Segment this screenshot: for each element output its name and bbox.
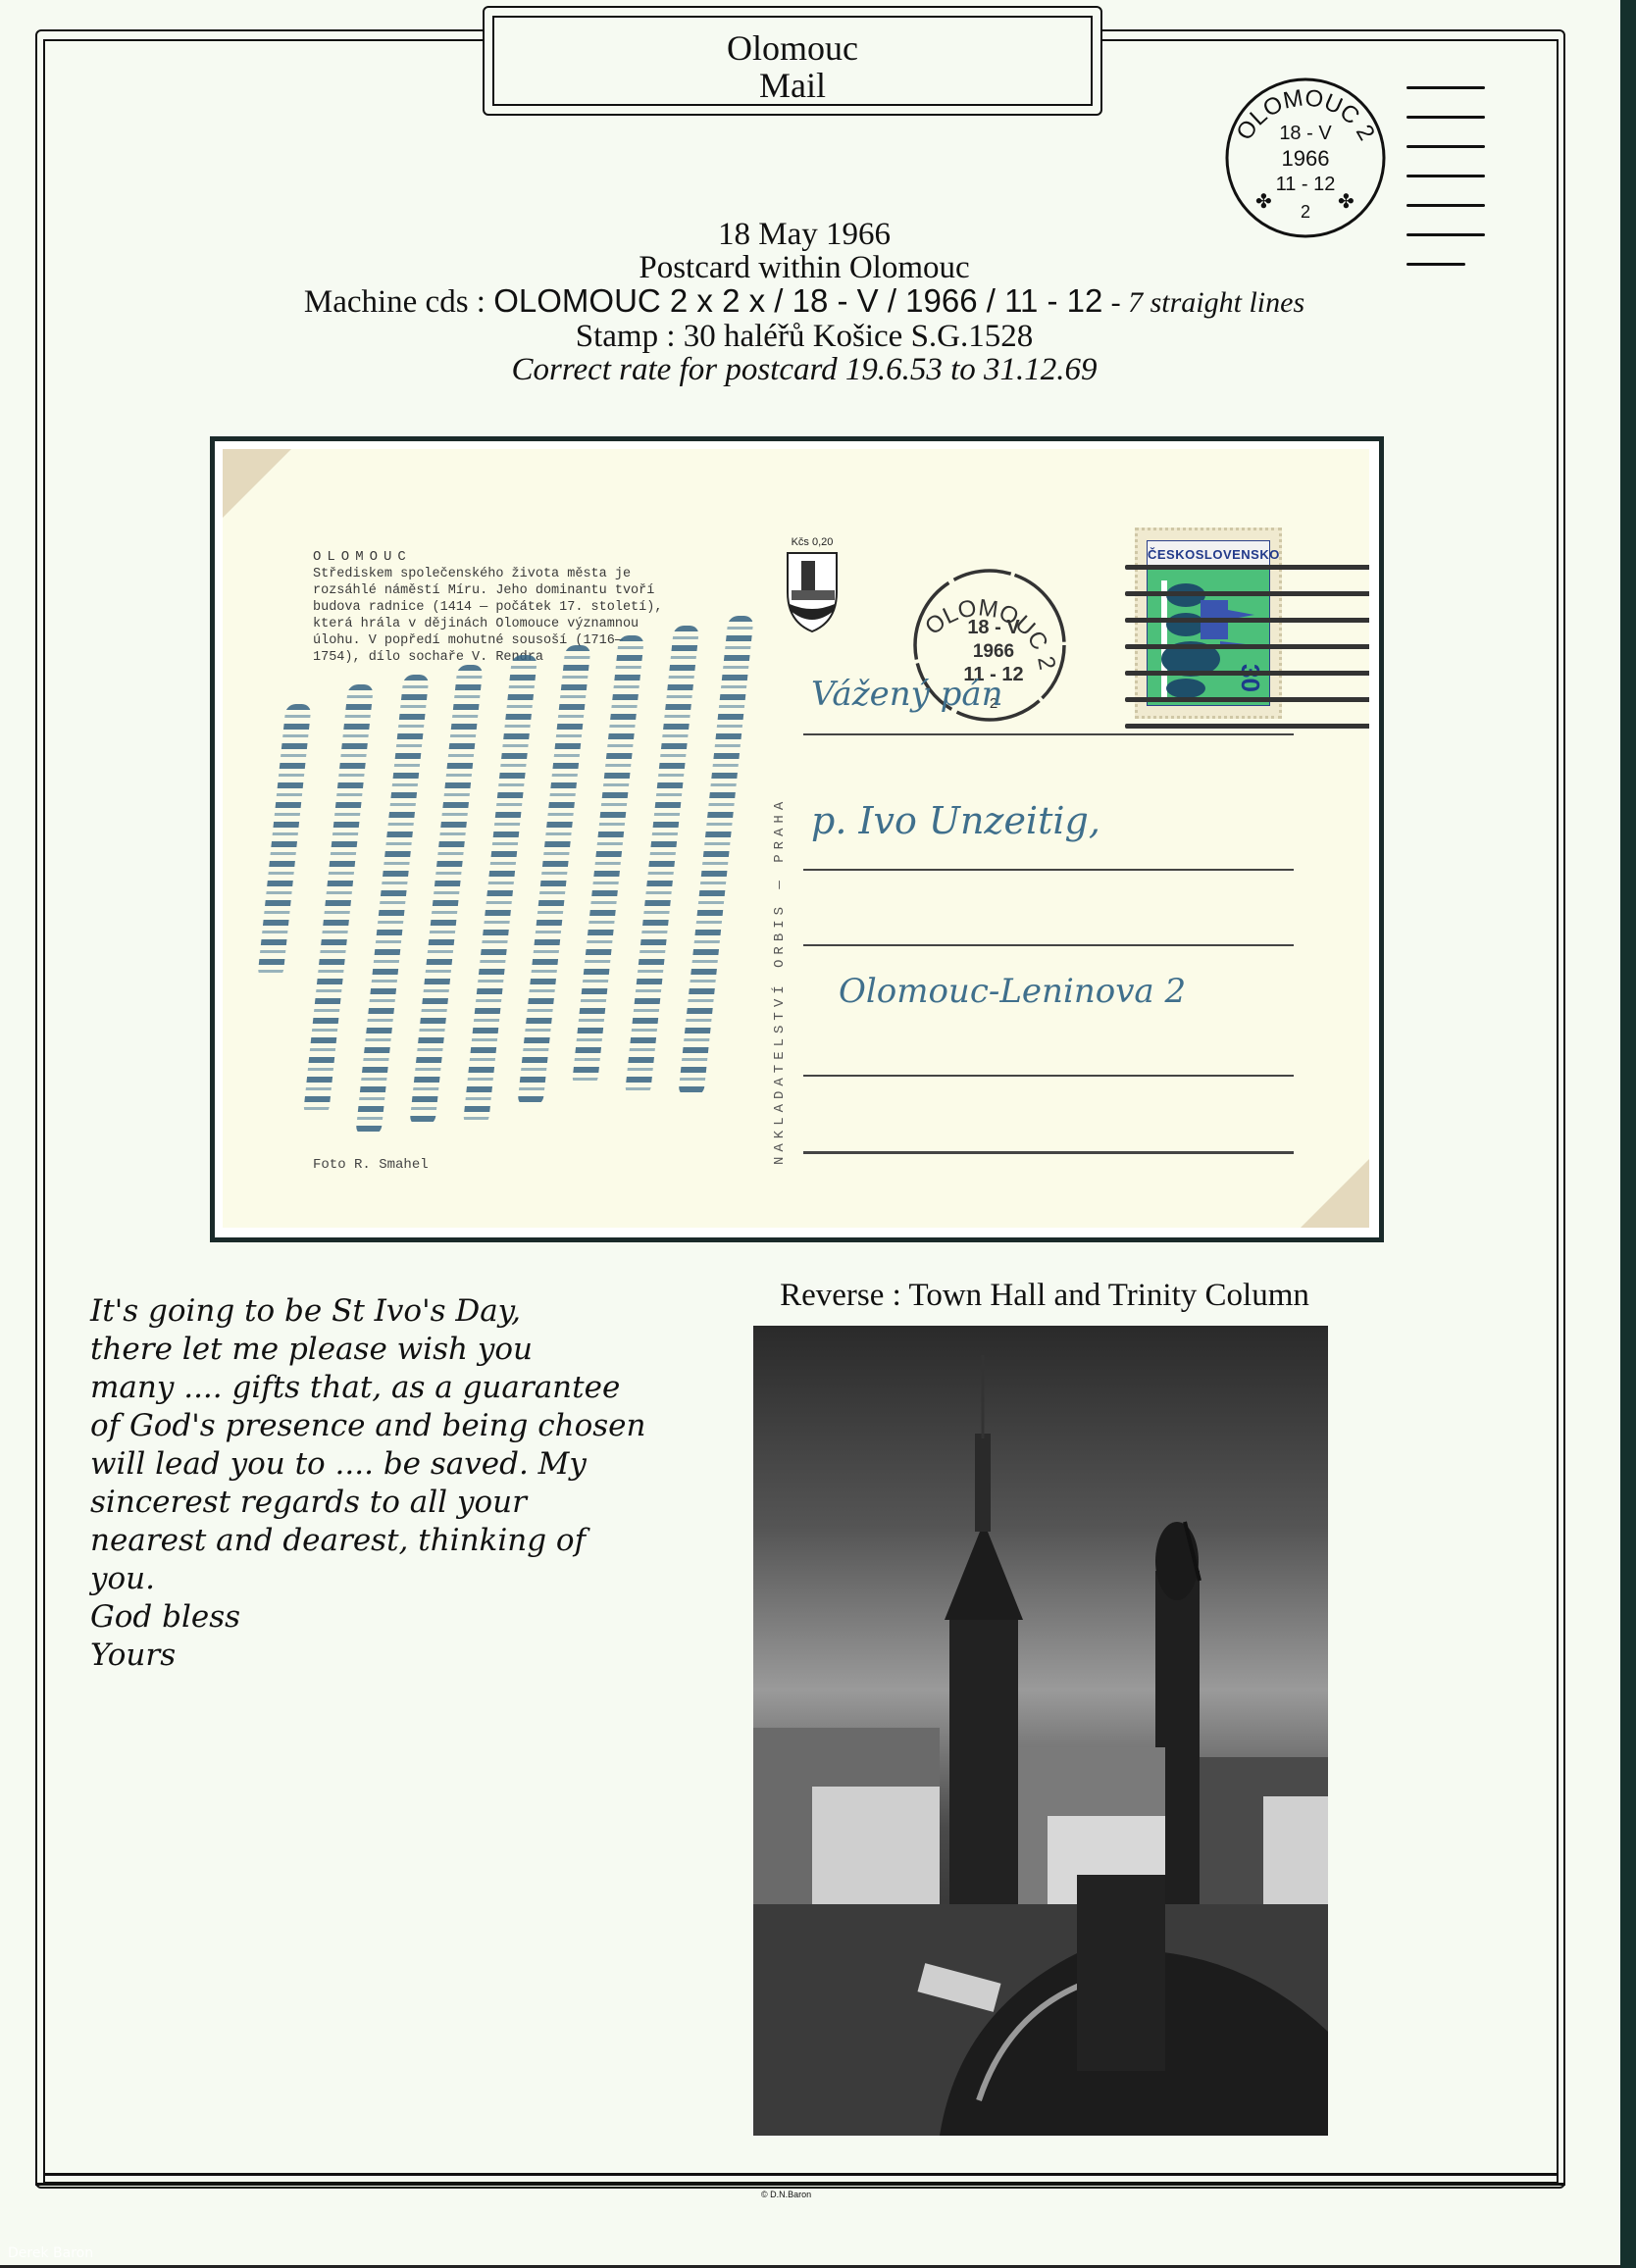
reverse-caption: Reverse : Town Hall and Trinity Column [716, 1278, 1373, 1314]
description-block: 18 May 1966 Postcard within Olomouc Mach… [128, 218, 1481, 386]
address-rule [803, 1075, 1294, 1077]
postcard: OLOMOUC Střediskem společenského života … [223, 449, 1369, 1228]
description-cds: Machine cds : OLOMOUC 2 x 2 x / 18 - V /… [128, 284, 1481, 320]
tourism-cachet-icon: Kčs 0,20 [768, 533, 856, 641]
svg-text:✤: ✤ [1255, 191, 1272, 213]
description-type: Postcard within Olomouc [128, 251, 1481, 284]
svg-text:1966: 1966 [973, 641, 1014, 662]
postmark-illustration: OLOMOUC 2 18 - V 1966 11 - 12 2 ✤ ✤ [1222, 75, 1389, 241]
description-rate: Correct rate for postcard 19.6.53 to 31.… [128, 353, 1481, 386]
photo-corner [223, 449, 291, 518]
page-subtitle: Mail [494, 67, 1091, 104]
address-line-4: Olomouc-Leninova 2 [839, 972, 1186, 1011]
address-rule [803, 1151, 1294, 1154]
description-date: 18 May 1966 [128, 218, 1481, 251]
svg-text:18 - V: 18 - V [1279, 123, 1332, 144]
address-line-1: Vážený pán [811, 675, 1003, 714]
address-rule [803, 944, 1294, 946]
scan-edge [1620, 0, 1636, 2268]
watermark: Derek Baron [8, 2245, 93, 2261]
photo-corner [1301, 1159, 1369, 1228]
footer-rule [35, 2183, 1565, 2186]
page-title: Olomouc [494, 29, 1091, 67]
svg-text:✤: ✤ [1338, 191, 1355, 213]
svg-text:1966: 1966 [1282, 146, 1330, 171]
card-cancel-lines [1125, 565, 1369, 750]
postcard-mount: OLOMOUC Střediskem společenského života … [210, 436, 1384, 1242]
message-translation: It's going to be St Ivo's Day, there let… [90, 1292, 738, 1675]
address-rule [803, 869, 1294, 871]
publisher-imprint: NAKLADATELSTVÍ ORBIS — PRAHA [772, 797, 788, 1165]
photo-credit: Foto R. Smahel [313, 1157, 429, 1173]
handwritten-message [252, 665, 772, 1175]
svg-text:Kčs 0,20: Kčs 0,20 [792, 536, 834, 548]
reverse-photo-town-hall [753, 1326, 1328, 2136]
footer-rule [43, 2173, 1559, 2176]
address-rule [803, 733, 1294, 735]
copyright-notice: © D.N.Baron [761, 2190, 811, 2199]
svg-text:18 - V: 18 - V [967, 617, 1020, 638]
address-line-2: p. Ivo Unzeitig, [811, 799, 1100, 842]
svg-text:11 - 12: 11 - 12 [1276, 174, 1336, 195]
description-stamp: Stamp : 30 haléřů Košice S.G.1528 [128, 320, 1481, 353]
title-box: Olomouc Mail [483, 6, 1102, 116]
